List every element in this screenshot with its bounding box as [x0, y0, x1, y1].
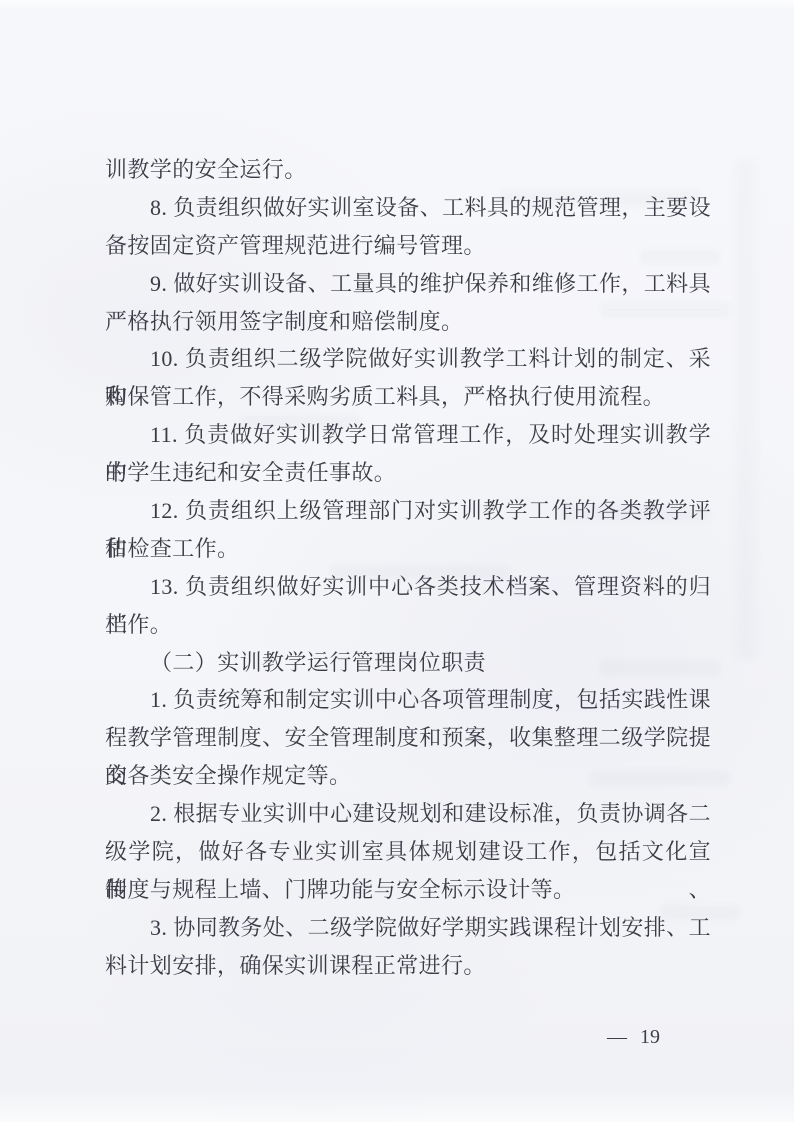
text-line: 训教学的安全运行。 [105, 151, 711, 189]
text-line: 12. 负责组织上级管理部门对实训教学工作的各类教学评估 [105, 492, 711, 530]
text-line: 9. 做好实训设备、工量具的维护保养和维修工作，工料具 [105, 265, 711, 303]
bleed-through-artifact [735, 160, 757, 660]
text-line: 程教学管理制度、安全管理制度和预案，收集整理二级学院提交 [105, 719, 711, 757]
text-line: 10. 负责组织二级学院做好实训教学工料计划的制定、采购 [105, 340, 711, 378]
text-line: 工作。 [105, 606, 711, 644]
text-line: 13. 负责组织做好实训中心各类技术档案、管理资料的归档 [105, 568, 711, 606]
page-number: — 19 [607, 1026, 660, 1049]
text-line: 1. 负责统筹和制定实训中心各项管理制度，包括实践性课 [105, 681, 711, 719]
document-body: 训教学的安全运行。8. 负责组织做好实训室设备、工料具的规范管理，主要设备按固定… [105, 151, 711, 985]
text-line: 3. 协同教务处、二级学院做好学期实践课程计划安排、工 [105, 909, 711, 947]
text-line: 2. 根据专业实训中心建设规划和建设标准，负责协调各二 [105, 795, 711, 833]
text-line: 严格执行领用签字制度和赔偿制度。 [105, 303, 711, 341]
document-page: 训教学的安全运行。8. 负责组织做好实训室设备、工料具的规范管理，主要设备按固定… [0, 0, 794, 1122]
text-line: （二）实训教学运行管理岗位职责 [105, 644, 711, 682]
text-line: 8. 负责组织做好实训室设备、工料具的规范管理，主要设 [105, 189, 711, 227]
text-line: 和检查工作。 [105, 530, 711, 568]
text-line: 料计划安排，确保实训课程正常进行。 [105, 947, 711, 985]
text-line: 级学院，做好各专业实训室具体规划建设工作，包括文化宣传、 [105, 833, 711, 871]
text-line: 的各类安全操作规定等。 [105, 757, 711, 795]
text-line: 11. 负责做好实训教学日常管理工作，及时处理实训教学中 [105, 416, 711, 454]
text-line: 备按固定资产管理规范进行编号管理。 [105, 227, 711, 265]
text-line: 和保管工作，不得采购劣质工料具，严格执行使用流程。 [105, 378, 711, 416]
text-line: 的学生违纪和安全责任事故。 [105, 454, 711, 492]
